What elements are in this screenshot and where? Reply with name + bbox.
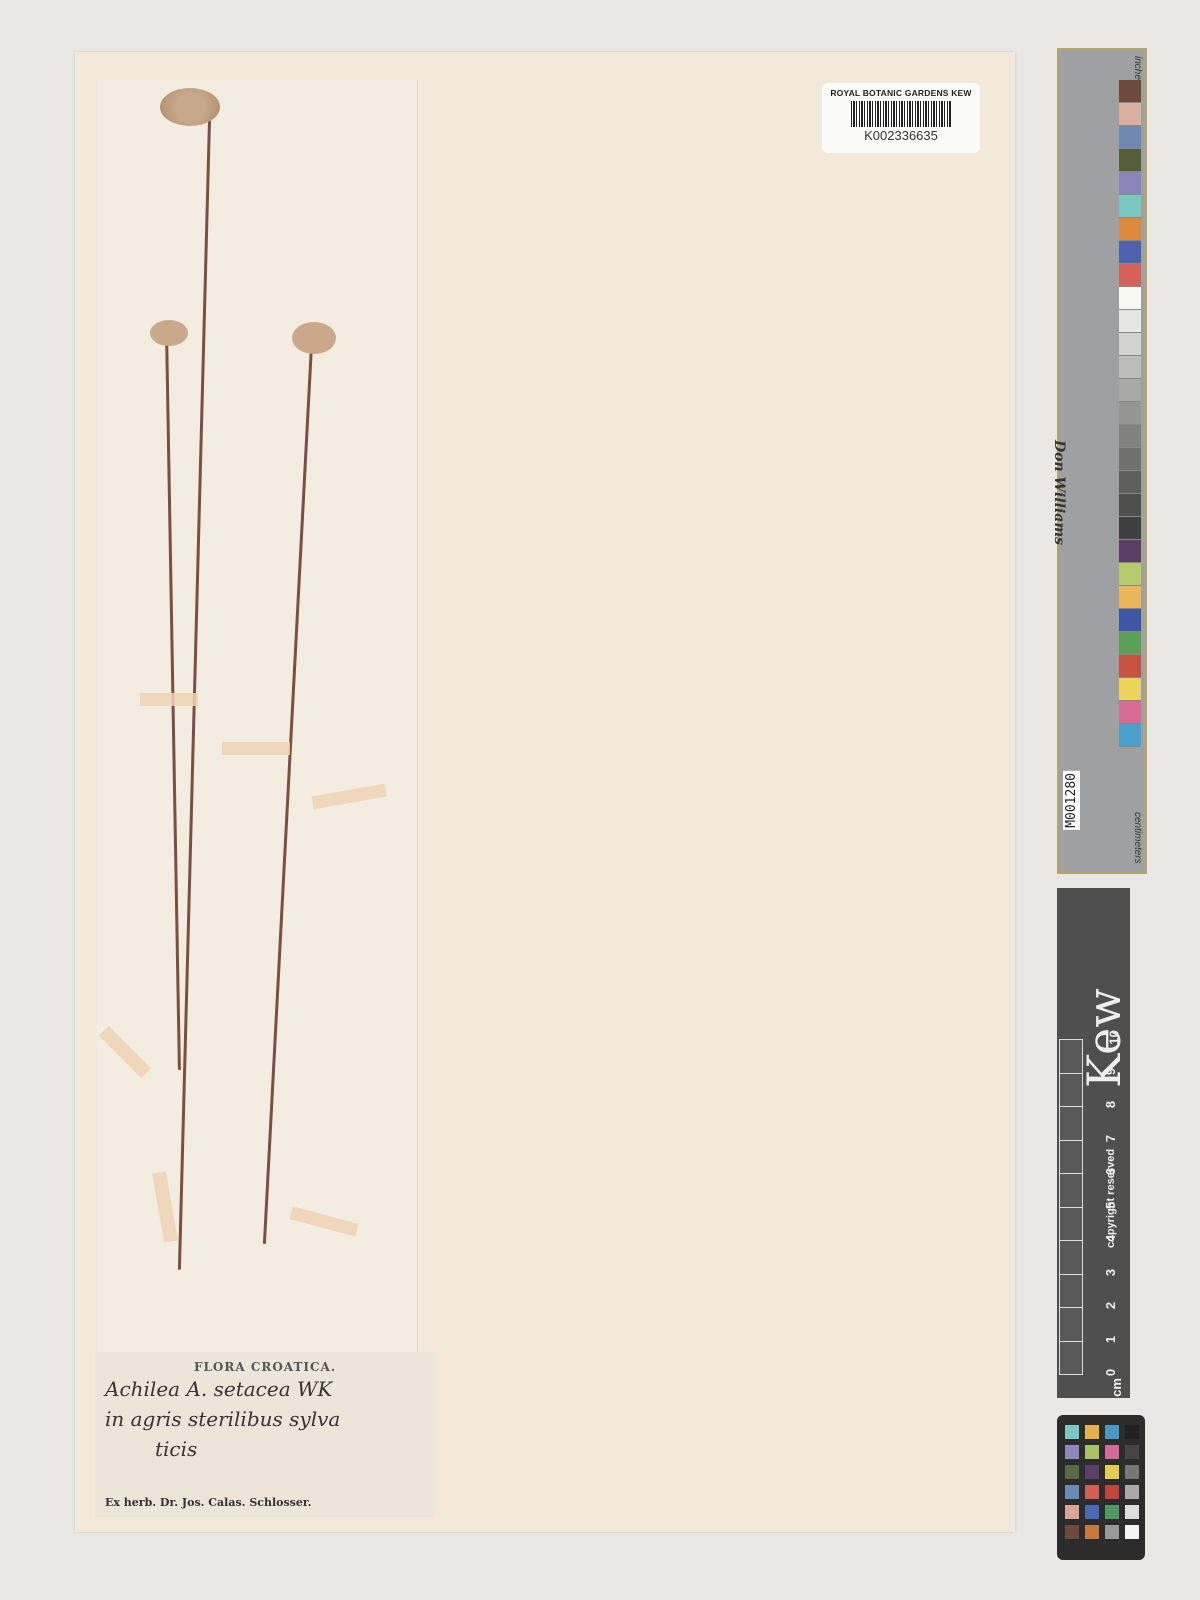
scale-tick-label: 0 [1103, 1369, 1118, 1376]
scale-block [1059, 1139, 1083, 1174]
kew-scale-bar: Kew copyright reserved 012345678910cm [1057, 888, 1130, 1398]
checker-square [1125, 1485, 1139, 1499]
checker-square [1065, 1525, 1079, 1539]
checker-square [1105, 1485, 1119, 1499]
copyright-text: copyright reserved [1105, 1149, 1117, 1248]
checker-square [1085, 1485, 1099, 1499]
color-patch [1119, 563, 1141, 586]
checker-square [1105, 1445, 1119, 1459]
color-patch [1119, 701, 1141, 724]
brand-label: Don Williams [1051, 440, 1067, 545]
color-patch [1119, 264, 1141, 287]
color-calibration-bar: inches Don Williams M001280 centimeters [1057, 48, 1147, 874]
scale-block [1059, 1340, 1083, 1375]
color-patch [1119, 172, 1141, 195]
checker-square [1125, 1505, 1139, 1519]
scale-tick-label: 7 [1103, 1134, 1118, 1141]
color-patches [1119, 80, 1141, 747]
checker-square [1085, 1505, 1099, 1519]
scale-block [1059, 1273, 1083, 1308]
color-patch [1119, 632, 1141, 655]
color-patch [1119, 586, 1141, 609]
scale-tick-label: 3 [1103, 1268, 1118, 1275]
checker-square [1105, 1505, 1119, 1519]
color-patch [1119, 103, 1141, 126]
checker-square [1065, 1445, 1079, 1459]
scale-block [1059, 1206, 1083, 1241]
color-patch [1119, 310, 1141, 333]
color-patch [1119, 471, 1141, 494]
centimeters-label: centimeters [1132, 812, 1143, 864]
color-checker [1057, 1415, 1145, 1560]
label-header: FLORA CROATICA. [95, 1360, 435, 1374]
color-patch [1119, 356, 1141, 379]
color-patch [1119, 517, 1141, 540]
color-patch [1119, 425, 1141, 448]
collector-herbarium: Ex herb. Dr. Jos. Calas. Schlosser. [105, 1496, 312, 1509]
color-patch [1119, 241, 1141, 264]
color-patch [1119, 724, 1141, 747]
color-patch [1119, 678, 1141, 701]
mounting-tape [140, 693, 198, 706]
color-patch [1119, 402, 1141, 425]
checker-square [1085, 1525, 1099, 1539]
color-patch [1119, 540, 1141, 563]
color-patch [1119, 80, 1141, 103]
checker-square [1065, 1485, 1079, 1499]
checker-square [1125, 1445, 1139, 1459]
checker-square [1125, 1425, 1139, 1439]
scale-tick-label: 1 [1103, 1335, 1118, 1342]
barcode-label: ROYAL BOTANIC GARDENS KEW K002336635 [822, 83, 980, 153]
scale-tick-label: 2 [1103, 1302, 1118, 1309]
scale-block [1059, 1173, 1083, 1208]
color-patch [1119, 287, 1141, 310]
checker-square [1065, 1505, 1079, 1519]
checker-square [1085, 1445, 1099, 1459]
scale-block [1059, 1039, 1083, 1074]
institution-name: ROYAL BOTANIC GARDENS KEW [822, 88, 980, 98]
flower-head [150, 320, 188, 346]
barcode-number: K002336635 [822, 128, 980, 143]
color-patch [1119, 126, 1141, 149]
scale-block [1059, 1106, 1083, 1141]
mounting-tape [222, 742, 290, 755]
scale-unit: cm [1109, 1378, 1124, 1397]
herbarium-sheet [75, 52, 1015, 1532]
barcode [851, 101, 951, 127]
color-patch [1119, 655, 1141, 678]
color-patch [1119, 494, 1141, 517]
scale-tick-label: 10 [1107, 1030, 1122, 1044]
habitat-text: in agris sterilibus sylva [95, 1404, 435, 1434]
checker-square [1105, 1465, 1119, 1479]
checker-square [1065, 1465, 1079, 1479]
scale-tick-label: 8 [1103, 1101, 1118, 1108]
checker-square [1125, 1465, 1139, 1479]
scale-tick-label: 4 [1103, 1235, 1118, 1242]
taxon-name: Achilea A. setacea WK [95, 1374, 435, 1404]
scale-block [1059, 1072, 1083, 1107]
scale-tick-label: 5 [1103, 1201, 1118, 1208]
scale-block [1059, 1307, 1083, 1342]
flower-head-main [160, 88, 220, 126]
checker-square [1085, 1465, 1099, 1479]
scale-tick-label: 9 [1103, 1067, 1118, 1074]
determination-label: FLORA CROATICA. Achilea A. setacea WK in… [95, 1352, 435, 1517]
scale-block [1059, 1240, 1083, 1275]
scale-tick-label: 6 [1103, 1168, 1118, 1175]
color-patch [1119, 379, 1141, 402]
checker-square [1085, 1425, 1099, 1439]
bar-code-id: M001280 [1063, 771, 1080, 830]
checker-square [1105, 1525, 1119, 1539]
flower-head [292, 322, 336, 354]
habitat-text-cont: ticis [95, 1434, 435, 1464]
checker-square [1125, 1525, 1139, 1539]
checker-square [1065, 1425, 1079, 1439]
checker-square [1105, 1425, 1119, 1439]
color-patch [1119, 149, 1141, 172]
color-patch [1119, 333, 1141, 356]
color-patch [1119, 195, 1141, 218]
color-patch [1119, 448, 1141, 471]
color-patch [1119, 218, 1141, 241]
color-patch [1119, 609, 1141, 632]
